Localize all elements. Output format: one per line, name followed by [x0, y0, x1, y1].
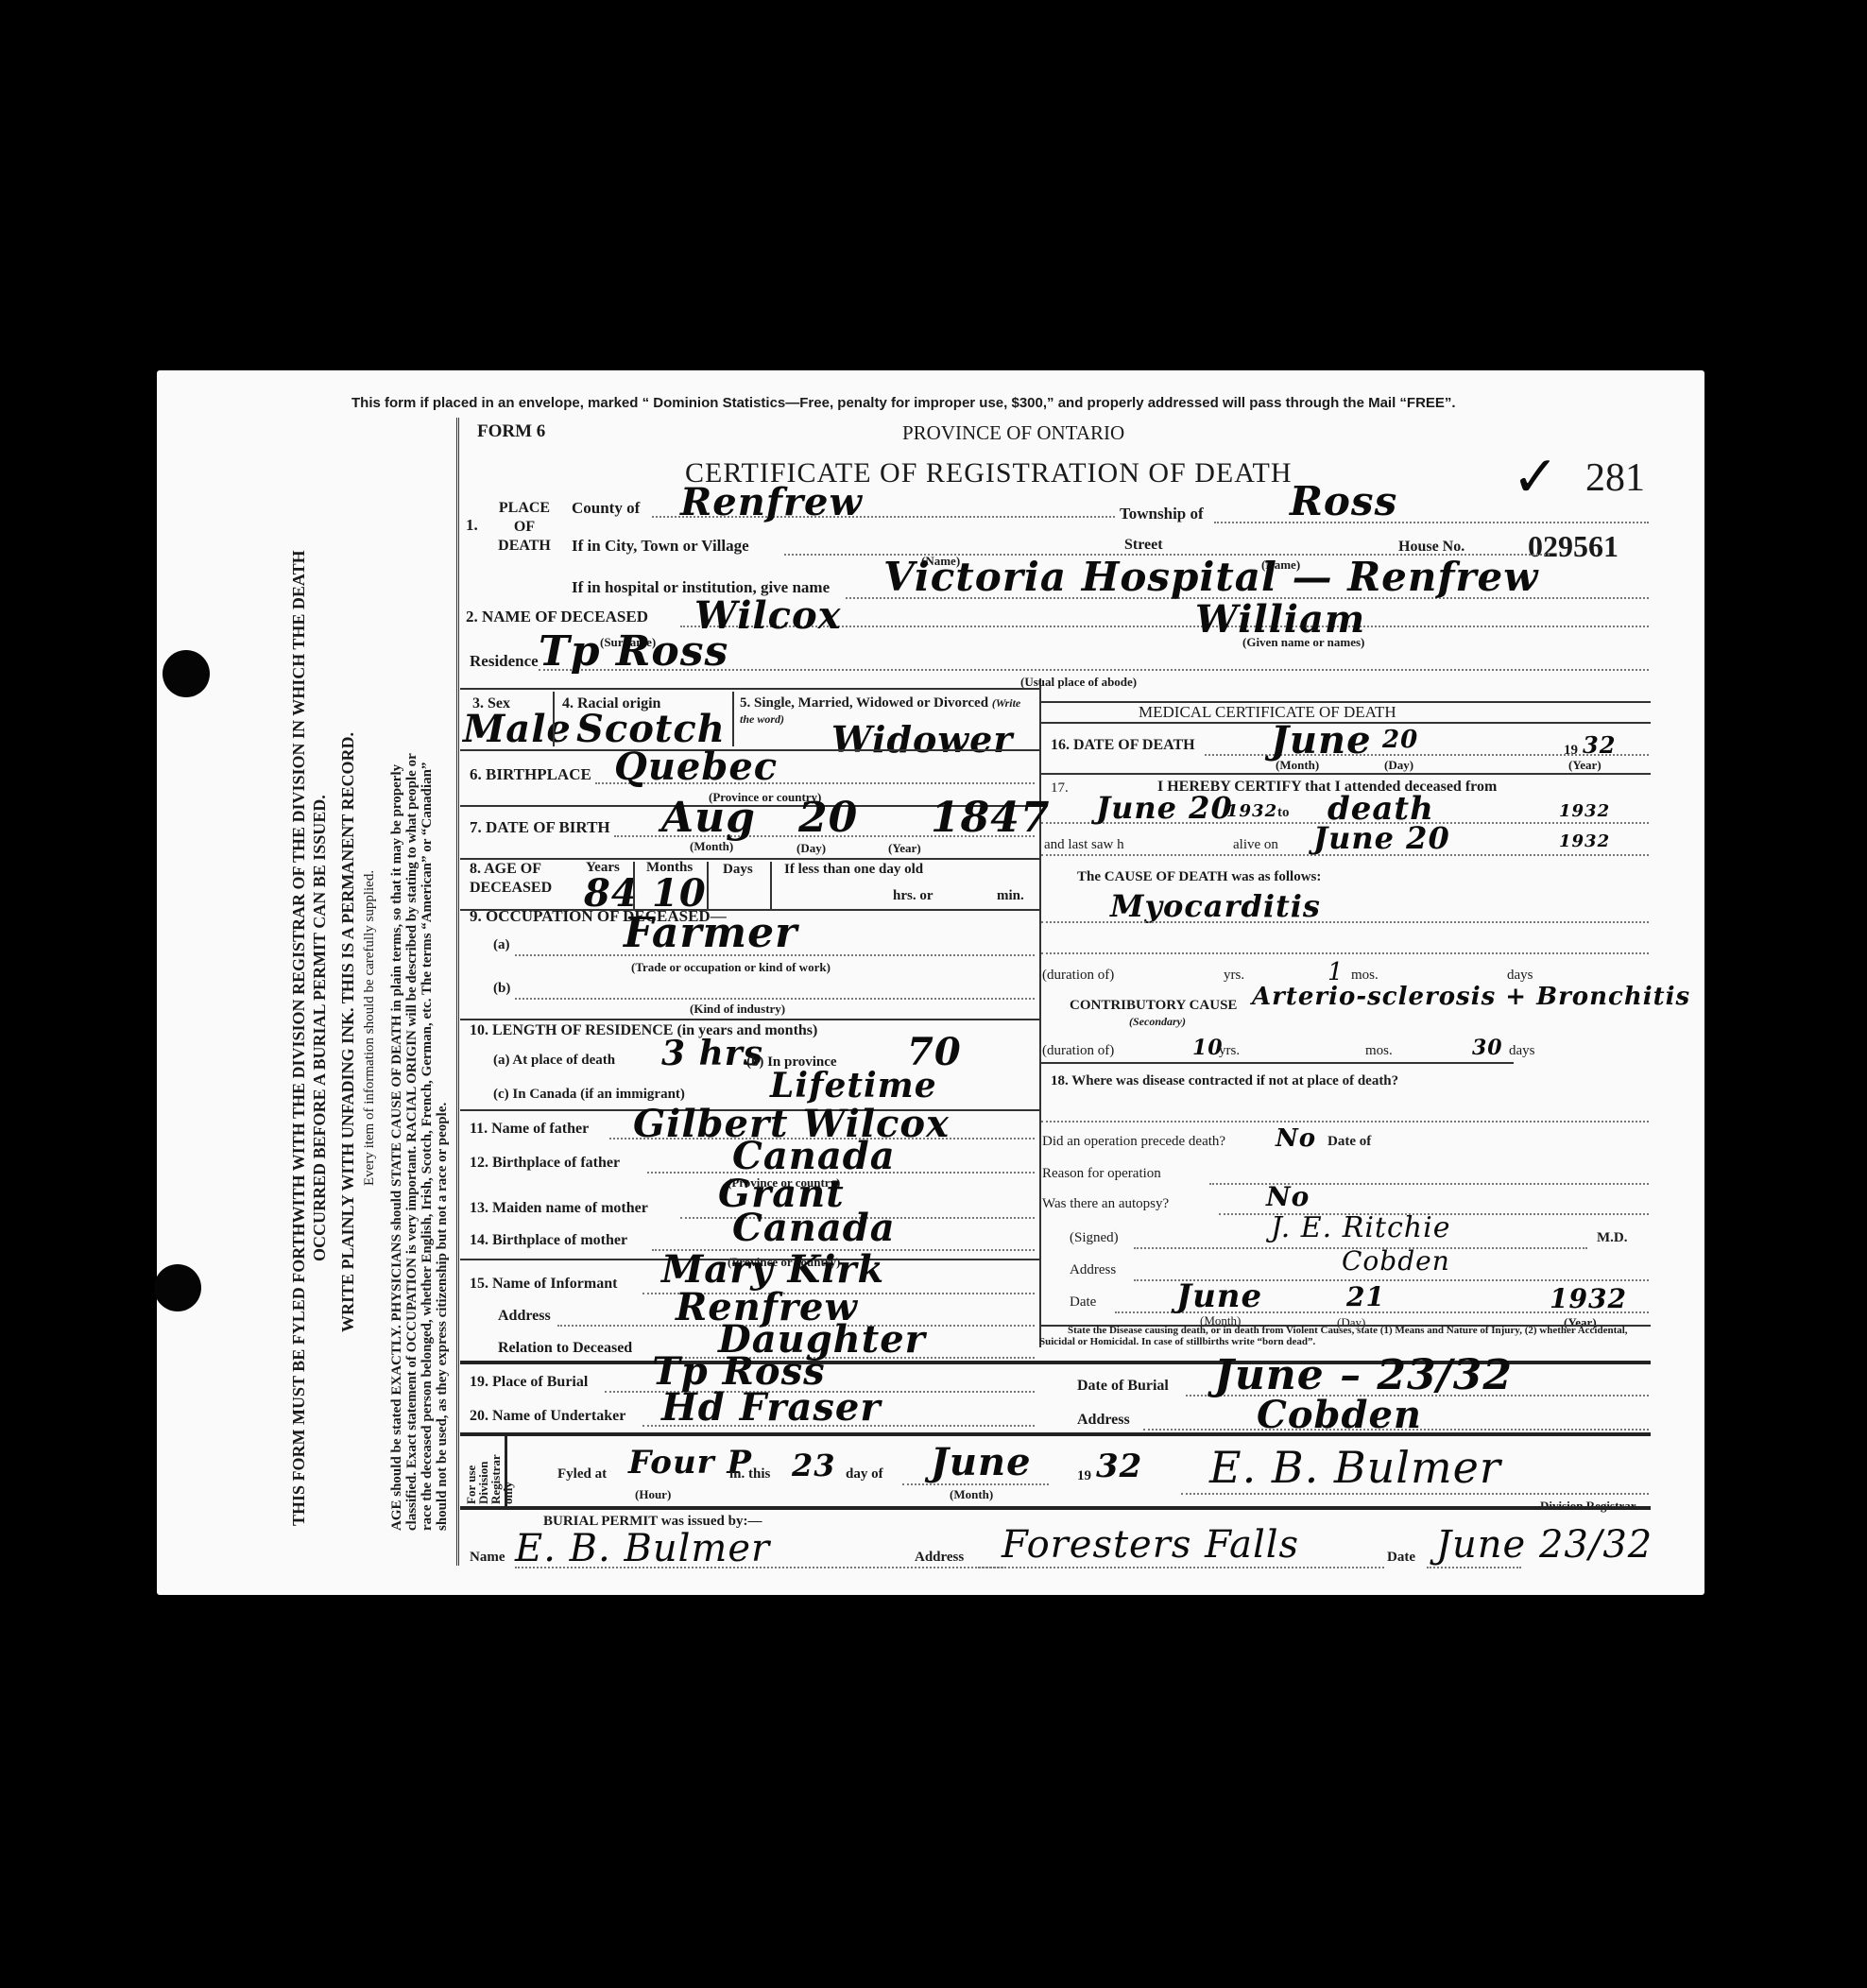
signed-value: J. E. Ritchie: [1271, 1211, 1450, 1244]
column-divider: [1039, 678, 1041, 1347]
permit-date-value: June 23/32: [1436, 1523, 1653, 1567]
permit-name-label: Name: [470, 1550, 505, 1566]
dob-year: 1847: [931, 794, 1050, 842]
dob-month-caption: (Month): [690, 839, 733, 854]
given-caption: (Given name or names): [1242, 635, 1364, 650]
fyled-year-prefix: 19: [1077, 1468, 1091, 1484]
mother-birthplace-label: 14. Birthplace of mother: [470, 1232, 627, 1249]
alive-on-label: alive on: [1233, 837, 1278, 853]
permit-address-value: Foresters Falls: [1002, 1523, 1299, 1567]
burial-address-value: Cobden: [1257, 1393, 1422, 1437]
side-instruction-1: THIS FORM MUST BE FYLED FORTHWITH WITH T…: [289, 550, 309, 1526]
hour-caption: (Hour): [635, 1487, 671, 1502]
certify-num: 17.: [1051, 780, 1069, 797]
dob-label: 7. DATE OF BIRTH: [470, 818, 610, 837]
undertaker-value: Hd Fraser: [661, 1385, 881, 1430]
days-label: Days: [723, 862, 753, 878]
place-of-death-label: PLACE OF DEATH: [491, 499, 557, 556]
street-label: Street: [1124, 537, 1163, 554]
autopsy-label: Was there an autopsy?: [1042, 1196, 1169, 1212]
form-left-border: [456, 418, 459, 1566]
mother-label: 13. Maiden name of mother: [470, 1200, 648, 1217]
cert-date-label: Date: [1070, 1294, 1096, 1311]
sex-value: Male: [463, 707, 572, 751]
occupation-a-label: (a): [493, 937, 510, 953]
residence-value: Tp Ross: [539, 627, 728, 676]
serial-number: 029561: [1528, 529, 1619, 564]
cause-mos-label: mos.: [1351, 968, 1379, 984]
punch-hole-bottom: [154, 1264, 201, 1311]
autopsy-value: No: [1266, 1181, 1310, 1212]
hrs-label: hrs. or: [893, 888, 933, 904]
check-mark-icon: ✓: [1512, 444, 1560, 510]
birthplace-value: Quebec: [614, 745, 778, 789]
marital-value: Widower: [831, 718, 1013, 761]
last-saw-value: June 20: [1313, 820, 1450, 856]
occupation-value: Farmer: [624, 909, 797, 957]
dod-year-caption: (Year): [1568, 758, 1602, 773]
burial-date-label: Date of Burial: [1077, 1378, 1169, 1395]
last-saw-year: 1932: [1559, 831, 1610, 851]
place-of-death-num: 1.: [466, 516, 478, 535]
township-value: Ross: [1290, 478, 1397, 524]
date-of-death-year: 32: [1583, 731, 1616, 759]
dob-day: 20: [798, 794, 858, 842]
side-instruction-3: WRITE PLAINLY WITH UNFADING INK. THIS IS…: [338, 732, 358, 1332]
min-label: min.: [997, 888, 1024, 904]
dob-year-caption: (Year): [888, 841, 921, 856]
to-label: to: [1277, 805, 1290, 821]
contrib-yrs-label: yrs.: [1219, 1043, 1240, 1059]
occupation-a-caption: (Trade or occupation or kind of work): [631, 960, 831, 975]
registrar-signature: E. B. Bulmer: [1209, 1442, 1501, 1493]
m-this-label: m. this: [729, 1466, 770, 1482]
burial-place-label: 19. Place of Burial: [470, 1374, 588, 1391]
less-than-day-label: If less than one day old: [784, 862, 923, 878]
cause-yrs-label: yrs.: [1224, 968, 1244, 984]
father-label: 11. Name of father: [470, 1121, 589, 1138]
attended-from-value: June 20: [1096, 790, 1233, 826]
county-label: County of: [572, 499, 640, 518]
operation-label: Did an operation precede death?: [1042, 1134, 1225, 1150]
physician-address-value: Cobden: [1342, 1245, 1450, 1277]
in-canada-value: Lifetime: [770, 1066, 937, 1105]
last-saw-label: and last saw h: [1044, 837, 1124, 853]
contributory-label: CONTRIBUTORY CAUSE: [1070, 998, 1237, 1014]
birthplace-label: 6. BIRTHPLACE: [470, 765, 591, 784]
registration-number: 281: [1585, 455, 1645, 501]
registrar-side-label: For use Division Registrar only: [465, 1432, 514, 1504]
permit-name-value: E. B. Bulmer: [515, 1527, 770, 1570]
mother-birthplace-value: Canada: [732, 1206, 896, 1250]
side-instruction-6: classified. Exact statement of OCCUPATIO…: [404, 753, 420, 1531]
date-of-death-month: June: [1271, 718, 1372, 763]
attended-to-year: 1932: [1559, 801, 1610, 821]
fyled-at-label: Fyled at: [557, 1466, 607, 1482]
attended-from-year: 1932: [1226, 801, 1277, 821]
contrib-duration-days: 30: [1472, 1036, 1503, 1060]
hospital-value: Victoria Hospital — Renfrew: [883, 554, 1538, 600]
cause-label: The CAUSE OF DEATH was as follows:: [1077, 869, 1321, 885]
contrib-duration-label: (duration of): [1042, 1043, 1114, 1059]
side-instruction-5: AGE should be stated EXACTLY. PHYSICIANS…: [389, 764, 405, 1531]
dod-day-caption: (Day): [1384, 758, 1413, 773]
day-of-label: day of: [846, 1466, 883, 1482]
township-label: Township of: [1120, 505, 1204, 523]
operation-date-label: Date of: [1327, 1134, 1371, 1150]
date-of-death-day: 20: [1382, 726, 1418, 754]
operation-value: No: [1276, 1124, 1316, 1153]
dob-day-caption: (Day): [796, 841, 826, 856]
fyled-year-value: 32: [1096, 1448, 1142, 1485]
relation-label: Relation to Deceased: [498, 1340, 632, 1357]
q18-label: 18. Where was disease contracted if not …: [1051, 1073, 1398, 1089]
city-label: If in City, Town or Village: [572, 537, 749, 556]
side-instruction-4: Every item of information should be care…: [362, 870, 378, 1186]
form-number: FORM 6: [477, 421, 545, 442]
undertaker-label: 20. Name of Undertaker: [470, 1408, 625, 1425]
cause-days-label: days: [1507, 968, 1533, 984]
informant-address-label: Address: [498, 1308, 551, 1325]
mail-notice: This form if placed in an envelope, mark…: [351, 395, 1456, 411]
dod-year-prefix: 19: [1564, 743, 1578, 759]
fyled-day-value: 23: [792, 1448, 836, 1483]
side-instruction-7: race the deceased person belonged, wheth…: [420, 763, 436, 1531]
disease-note: State the Disease causing death, or in d…: [1039, 1325, 1652, 1347]
father-birthplace-label: 12. Birthplace of father: [470, 1155, 620, 1172]
fyled-month-value: June: [931, 1440, 1032, 1484]
md-label: M.D.: [1597, 1230, 1628, 1246]
burial-address-label: Address: [1077, 1412, 1130, 1429]
contrib-days-label: days: [1509, 1043, 1535, 1059]
physician-address-label: Address: [1070, 1262, 1116, 1278]
permit-address-label: Address: [915, 1550, 964, 1566]
cert-date-year: 1932: [1550, 1283, 1627, 1314]
in-canada-label: (c) In Canada (if an immigrant): [493, 1087, 685, 1103]
age-label: 8. AGE OF DECEASED: [470, 860, 583, 898]
side-instruction-2: OCCURRED BEFORE A BURIAL PERMIT CAN BE I…: [310, 795, 330, 1261]
occupation-b-caption: (Kind of industry): [690, 1002, 785, 1017]
cert-date-month: June: [1176, 1277, 1262, 1315]
contributory-value: Arterio-sclerosis + Bronchitis: [1252, 983, 1690, 1011]
informant-label: 15. Name of Informant: [470, 1276, 617, 1293]
punch-hole-top: [163, 650, 210, 697]
side-instruction-8: should not be used, as they express citi…: [435, 1103, 451, 1531]
contrib-mos-label: mos.: [1365, 1043, 1393, 1059]
fyled-month-caption: (Month): [950, 1487, 993, 1502]
residence-label: Residence: [470, 652, 539, 671]
province-heading: PROVINCE OF ONTARIO: [902, 421, 1124, 445]
residence-length-label: 10. LENGTH OF RESIDENCE (in years and mo…: [470, 1022, 817, 1039]
at-place-label: (a) At place of death: [493, 1053, 615, 1069]
dob-month: Aug: [661, 794, 756, 842]
cause-value: Myocarditis: [1110, 888, 1321, 924]
signed-label: (Signed): [1070, 1230, 1119, 1246]
name-label: 2. NAME OF DECEASED: [466, 608, 648, 626]
contributory-caption: (Secondary): [1129, 1015, 1186, 1029]
reason-label: Reason for operation: [1042, 1166, 1161, 1182]
date-of-death-label: 16. DATE OF DEATH: [1051, 737, 1195, 754]
permit-date-label: Date: [1387, 1550, 1415, 1566]
county-value: Renfrew: [680, 480, 863, 524]
cert-date-day: 21: [1346, 1281, 1385, 1312]
occupation-b-label: (b): [493, 981, 510, 997]
cause-duration-label: (duration of): [1042, 968, 1114, 984]
dod-month-caption: (Month): [1276, 758, 1319, 773]
